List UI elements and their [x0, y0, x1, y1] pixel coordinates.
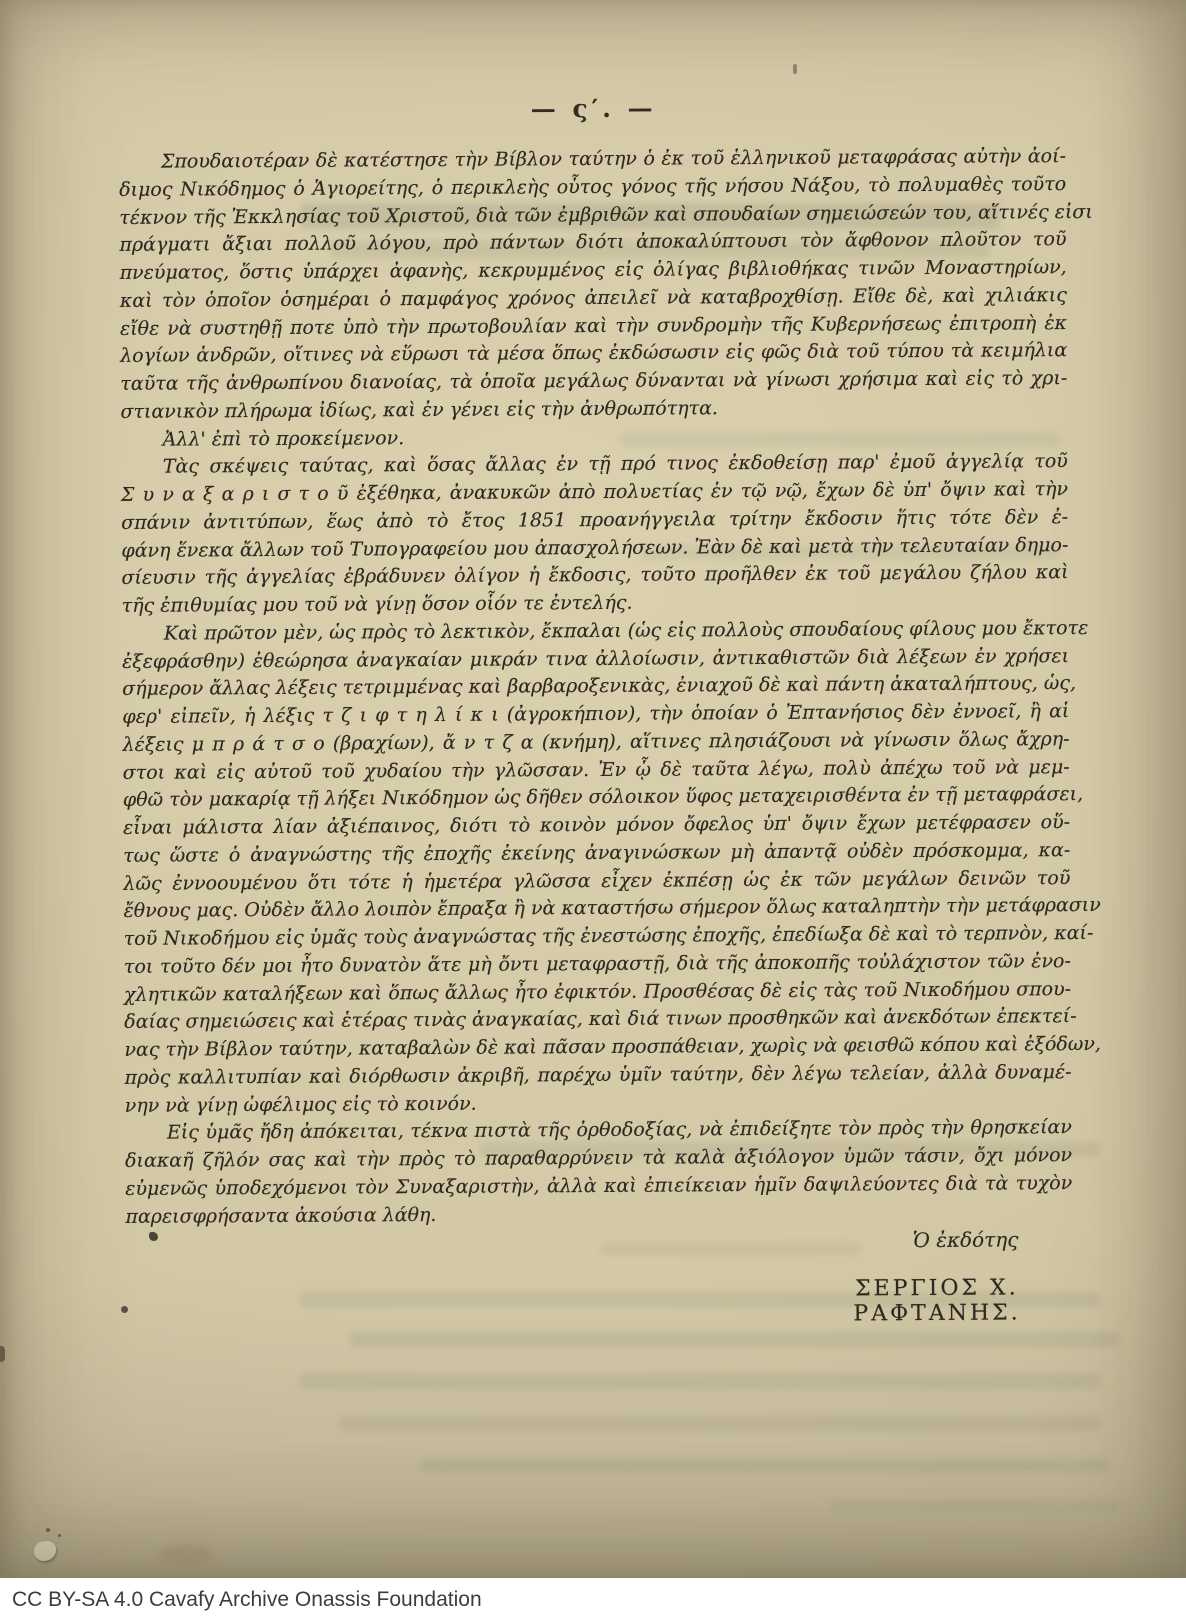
- paragraph-4: Καὶ πρῶτον μὲν, ὡς πρὸς τὸ λεκτικὸν, ἔκπ…: [122, 615, 1072, 1120]
- license-caption: CC BY-SA 4.0 Cavafy Archive Onassis Foun…: [0, 1578, 1186, 1621]
- publisher-signature: Ὁ ἐκδότης ΣΕΡΓΙΟΣ Χ. ΡΑΦΤΑΝΗΣ.: [778, 1227, 1097, 1327]
- paragraph-5: Εἰς ὑμᾶς ἤδη ἀπόκειται, τέκνα πιστὰ τῆς …: [125, 1114, 1073, 1231]
- text-line: εὐμενῶς ὑποδεχόμενοι τὸν Συναξαριστὴν, ἀ…: [125, 1170, 1072, 1204]
- body-text: Σπουδαιοτέραν δὲ κατέστησε τὴν Βίβλον τα…: [119, 143, 1073, 1231]
- text-line: σίευσιν τῆς ἀγγελίας ἐβράδυνεν ὀλίγον ἡ …: [121, 559, 1068, 593]
- paragraph-1: Σπουδαιοτέραν δὲ κατέστησε τὴν Βίβλον τα…: [119, 143, 1068, 426]
- text-line: παρεισφρήσαντα ἀκούσια λάθη.: [125, 1198, 1072, 1232]
- license-bar: CC BY-SA 4.0 Cavafy Archive Onassis Foun…: [0, 1578, 1186, 1621]
- paragraph-3: Τὰς σκέψεις ταύτας, καὶ ὅσας ἄλλας ἐν τῇ…: [121, 448, 1069, 620]
- text-line: ταῦτα τῆς ἀνθρωπίνου διανοίας, τὰ ὁποῖα …: [120, 365, 1067, 399]
- signature-role: Ὁ ἐκδότης: [836, 1227, 1096, 1253]
- ink-speck: [0, 1346, 5, 1362]
- text-line: πρὸς καλλιτυπίαν καὶ διόρθωσιν ἀκριβῆ, π…: [124, 1059, 1071, 1093]
- page-number: — ς′. —: [1, 90, 1186, 126]
- signature-name: ΣΕΡΓΙΟΣ Χ. ΡΑΦΤΑΝΗΣ.: [778, 1275, 1096, 1327]
- scanned-page: — ς′. — Σπουδαιοτέραν δὲ κατέστησε τὴν Β…: [0, 0, 1186, 1578]
